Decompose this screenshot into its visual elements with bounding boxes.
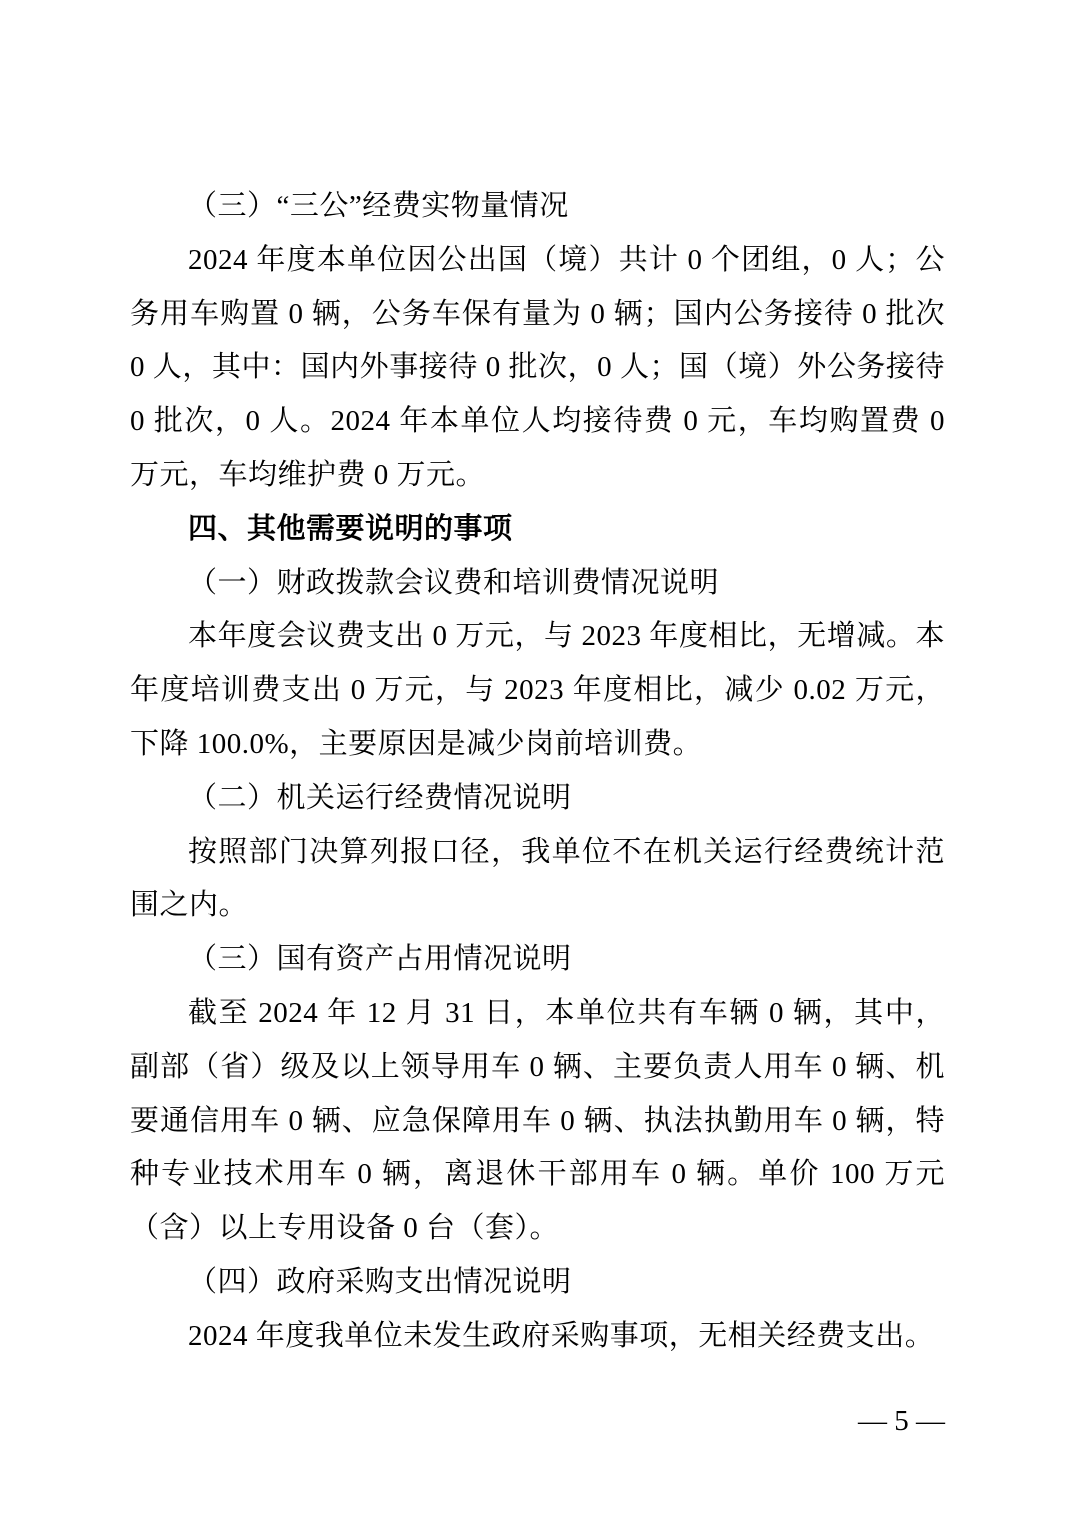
- section-heading-other-matters: 四、其他需要说明的事项: [130, 503, 945, 557]
- section-subheading-agency-operating-funds: （二）机关运行经费情况说明: [130, 772, 945, 826]
- section-subheading-three-public-expenses: （三）“三公”经费实物量情况: [130, 180, 945, 234]
- document-body: （三）“三公”经费实物量情况 2024 年度本单位因公出国（境）共计 0 个团组…: [130, 180, 945, 1364]
- body-paragraph-agency-operating-funds: 按照部门决算列报口径，我单位不在机关运行经费统计范围之内。: [130, 826, 945, 934]
- section-subheading-state-assets: （三）国有资产占用情况说明: [130, 933, 945, 987]
- page-number: — 5 —: [858, 1403, 945, 1439]
- body-paragraph-government-procurement: 2024 年度我单位未发生政府采购事项，无相关经费支出。: [130, 1310, 945, 1364]
- section-subheading-government-procurement: （四）政府采购支出情况说明: [130, 1256, 945, 1310]
- body-paragraph-meeting-training-fees: 本年度会议费支出 0 万元，与 2023 年度相比，无增减。本年度培训费支出 0…: [130, 610, 945, 771]
- body-paragraph-three-public-expenses: 2024 年度本单位因公出国（境）共计 0 个团组，0 人；公务用车购置 0 辆…: [130, 234, 945, 503]
- body-paragraph-state-assets: 截至 2024 年 12 月 31 日，本单位共有车辆 0 辆，其中，副部（省）…: [130, 987, 945, 1256]
- document-page: （三）“三公”经费实物量情况 2024 年度本单位因公出国（境）共计 0 个团组…: [0, 0, 1074, 1520]
- section-subheading-meeting-training-fees: （一）财政拨款会议费和培训费情况说明: [130, 557, 945, 611]
